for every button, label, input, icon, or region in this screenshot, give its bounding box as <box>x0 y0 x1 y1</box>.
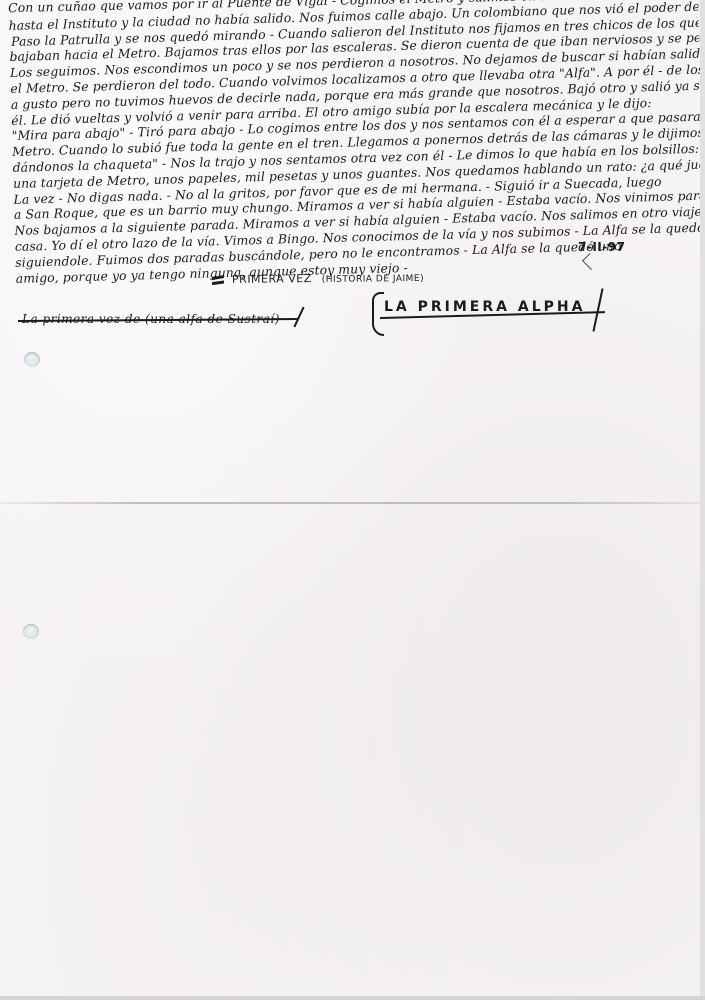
fold-line <box>0 502 700 504</box>
strike-end-mark <box>293 307 304 328</box>
subtitle-text: PRIMERA VEZ <box>232 272 312 286</box>
punch-hole-bottom <box>23 624 39 639</box>
page-bottom-edge <box>0 996 705 1000</box>
date-stamp: 7-II-97 <box>578 240 625 254</box>
page-right-edge <box>700 0 705 1000</box>
scribble-icon <box>212 275 224 285</box>
main-title: LA PRIMERA ALPHA <box>372 296 599 321</box>
bracket-right-icon <box>593 288 604 331</box>
manuscript-page: Con un cuñao que vamos por ir al Puente … <box>0 0 700 1000</box>
punch-hole-top <box>24 352 40 367</box>
subtitle-note: (HISTORIA DE JAIME) <box>322 274 425 285</box>
bracket-left-icon <box>372 292 384 336</box>
subtitle: PRIMERA VEZ (HISTORIA DE JAIME) <box>212 271 424 286</box>
struck-out-title: La primera vez de (una alfa de Sustraí) <box>22 312 280 326</box>
